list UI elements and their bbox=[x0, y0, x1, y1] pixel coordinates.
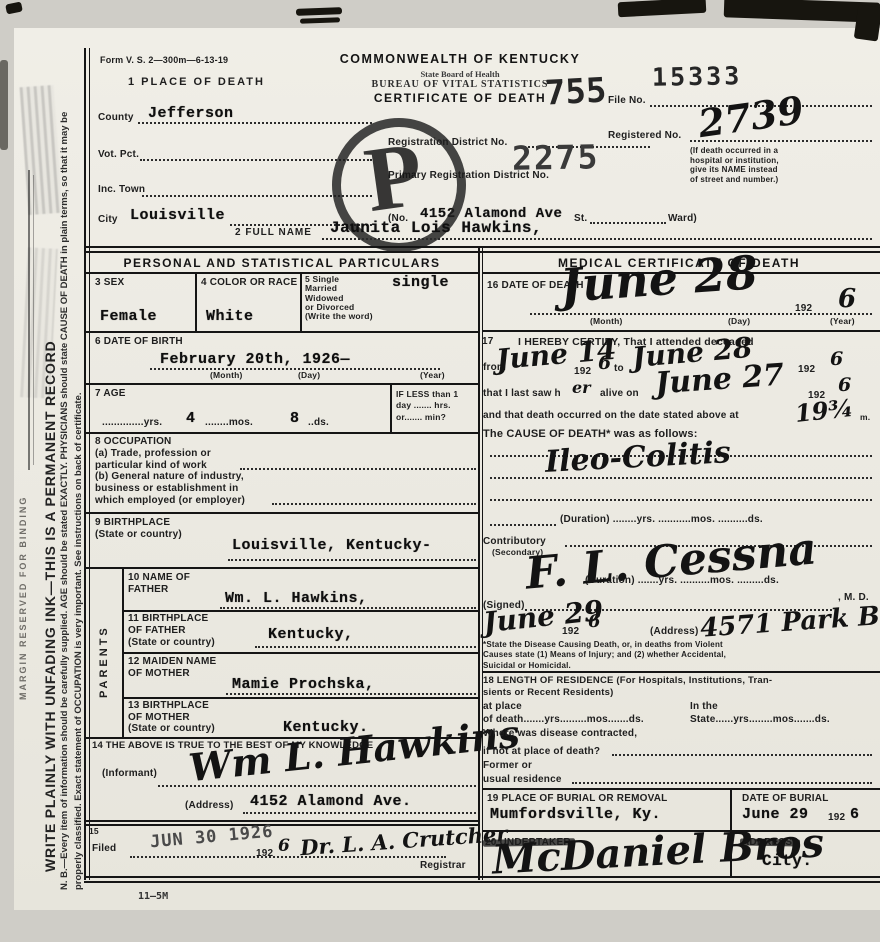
rule bbox=[483, 788, 880, 790]
duration-line: (Duration) ........yrs. ...........mos. … bbox=[560, 514, 763, 526]
father-birthplace-label: 11 BIRTHPLACE OF FATHER (State or countr… bbox=[128, 613, 215, 649]
scan-artifact bbox=[5, 1, 23, 14]
month-label: (Month) bbox=[210, 371, 243, 381]
inc-town-label: Inc. Town bbox=[98, 184, 145, 196]
rule bbox=[84, 383, 479, 385]
at-place-label: at place bbox=[483, 701, 522, 713]
bottom-rule bbox=[84, 881, 880, 883]
mother-birthplace-label: 13 BIRTHPLACE OF MOTHER (State or countr… bbox=[128, 700, 215, 735]
month-label: (Month) bbox=[590, 317, 623, 327]
dotted-leader bbox=[130, 856, 446, 858]
year-label: (Year) bbox=[830, 317, 855, 327]
certify-item-number: 17 bbox=[482, 336, 494, 348]
occupation-label: 8 OCCUPATION (a) Trade, profession or pa… bbox=[95, 436, 245, 507]
father-name-label: 10 NAME OF FATHER bbox=[128, 572, 190, 596]
margin-write-plainly-note: WRITE PLAINLY WITH UNFADING INK—THIS IS … bbox=[42, 341, 58, 872]
signed-address-label: (Address) bbox=[650, 626, 698, 638]
rule bbox=[84, 512, 479, 514]
dotted-leader bbox=[150, 368, 440, 370]
informant-address-label: (Address) bbox=[185, 800, 233, 812]
county-label: County bbox=[98, 112, 134, 124]
form-number: Form V. S. 2—300m—6-13-19 bbox=[100, 55, 228, 65]
registrar-label: Registrar bbox=[420, 860, 466, 872]
place-of-burial-value: Mumfordsville, Ky. bbox=[490, 806, 661, 823]
dotted-leader bbox=[158, 785, 476, 787]
m-label: m. bbox=[860, 413, 870, 423]
last-saw-label: that I last saw h bbox=[483, 388, 561, 400]
father-birthplace-value: Kentucky, bbox=[268, 626, 354, 643]
age-label: 7 AGE bbox=[95, 388, 126, 400]
form-border bbox=[84, 48, 86, 880]
rule bbox=[122, 697, 479, 699]
scan-artifact bbox=[300, 17, 340, 23]
age-ds-label: ..ds. bbox=[308, 417, 329, 429]
dotted-leader bbox=[255, 646, 476, 648]
mother-maiden-name-label: 12 MAIDEN NAME OF MOTHER bbox=[128, 656, 216, 680]
parents-label: PARENTS bbox=[98, 625, 111, 698]
dotted-leader bbox=[490, 499, 872, 501]
former-line: Former or bbox=[483, 760, 532, 772]
race-label: 4 COLOR OR RACE bbox=[201, 277, 297, 289]
dotted-leader bbox=[322, 238, 872, 240]
if-less-than-day-label: IF LESS than 1 day ....... hrs. or......… bbox=[396, 389, 458, 423]
cell-divider bbox=[195, 272, 197, 331]
to-label: to bbox=[614, 363, 624, 375]
dob-label: 6 DATE OF BIRTH bbox=[95, 336, 183, 348]
rule bbox=[483, 330, 880, 332]
to-year-hand: 6 bbox=[830, 348, 843, 370]
dotted-leader bbox=[228, 559, 476, 561]
rule bbox=[84, 432, 479, 434]
contributory-label: Contributory bbox=[483, 536, 546, 548]
from-year-hand: 6 bbox=[598, 352, 611, 374]
rule bbox=[122, 652, 479, 654]
death-occurred-time: 19¾ bbox=[794, 393, 855, 428]
place-of-death-label: 1 PLACE OF DEATH bbox=[128, 76, 265, 89]
county-value: Jefferson bbox=[148, 105, 234, 122]
dob-value: February 20th, 1926— bbox=[160, 351, 350, 368]
date-of-burial-label: DATE OF BURIAL bbox=[742, 793, 829, 805]
city-label: City bbox=[98, 214, 118, 226]
cell-divider bbox=[390, 383, 392, 432]
if-not-line: if not at place of death? bbox=[483, 746, 600, 758]
in-the-label: In the bbox=[690, 701, 718, 713]
place-of-burial-label: 19 PLACE OF BURIAL OR REMOVAL bbox=[487, 793, 667, 805]
column-divider bbox=[478, 246, 480, 880]
age-years-value: 4 bbox=[186, 410, 196, 427]
stamped-number-755: 755 bbox=[544, 70, 607, 113]
hospital-note: (If death occurred in a hospital or inst… bbox=[690, 146, 875, 184]
file-no-label: File No. bbox=[608, 95, 646, 107]
full-name-label: 2 FULL NAME bbox=[235, 227, 312, 239]
dotted-leader bbox=[272, 503, 476, 505]
st-label: St. bbox=[574, 213, 587, 225]
commonwealth-title: COMMONWEALTH OF KENTUCKY bbox=[320, 52, 600, 66]
usual-residence-line: usual residence bbox=[483, 774, 562, 786]
birthplace-value: Louisville, Kentucky- bbox=[232, 537, 432, 554]
filed-label: Filed bbox=[92, 843, 116, 855]
state-line: State......yrs........mos.......ds. bbox=[690, 714, 830, 726]
plate-number: 11—5M bbox=[138, 891, 168, 902]
dotted-leader bbox=[590, 222, 666, 224]
dotted-leader bbox=[612, 754, 872, 756]
age-months-value: 8 bbox=[290, 410, 300, 427]
left-section-title: PERSONAL AND STATISTICAL PARTICULARS bbox=[88, 256, 476, 270]
informant-label: (Informant) bbox=[102, 768, 157, 780]
dotted-leader bbox=[138, 122, 372, 124]
race-value: White bbox=[206, 308, 254, 325]
violent-causes-footnote: *State the Disease Causing Death, or, in… bbox=[483, 640, 726, 671]
length-of-residence-label: 18 LENGTH OF RESIDENCE (For Hospitals, I… bbox=[483, 675, 772, 699]
of-death-line: of death.......yrs.........mos.......ds. bbox=[483, 714, 644, 726]
vot-pct-label: Vot. Pct. bbox=[98, 149, 139, 161]
father-name-value: Wm. L. Hawkins, bbox=[225, 590, 368, 607]
dotted-leader bbox=[243, 812, 476, 814]
rule bbox=[84, 824, 479, 826]
scan-artifact bbox=[854, 4, 880, 41]
dod-year-hand: 6 bbox=[838, 284, 856, 314]
signed-year-prefix: 192 bbox=[562, 626, 579, 638]
burial-year-value: 6 bbox=[850, 806, 860, 823]
to-year-prefix: 192 bbox=[798, 364, 815, 376]
dotted-leader bbox=[530, 313, 872, 315]
undertaker-address-value: City. bbox=[762, 852, 813, 870]
informant-address-value: 4152 Alamond Ave. bbox=[250, 793, 412, 810]
dotted-leader bbox=[490, 524, 556, 526]
rule bbox=[84, 331, 479, 333]
p-stamp-letter: P bbox=[359, 120, 429, 233]
scan-artifact bbox=[0, 60, 8, 150]
rule bbox=[122, 610, 479, 612]
rule bbox=[84, 567, 479, 569]
ward-label: Ward) bbox=[668, 213, 697, 225]
marital-status-label: 5 Single Married Widowed or Divorced (Wr… bbox=[305, 275, 373, 322]
dotted-leader bbox=[240, 468, 476, 470]
rule bbox=[84, 820, 479, 822]
form-border bbox=[89, 48, 90, 880]
age-yrs-dots: ..............yrs. bbox=[102, 417, 162, 429]
dotted-leader bbox=[226, 693, 476, 695]
dotted-leader bbox=[490, 477, 872, 479]
margin-rule bbox=[28, 170, 30, 470]
city-value: Louisville bbox=[130, 207, 225, 224]
scan-artifact bbox=[296, 7, 342, 16]
rule bbox=[483, 671, 880, 673]
file-no-value: 15333 bbox=[652, 61, 743, 92]
margin-rule bbox=[33, 175, 34, 465]
day-label: (Day) bbox=[298, 371, 320, 381]
birthplace-label: 9 BIRTHPLACE (State or country) bbox=[95, 517, 182, 541]
bottom-rule bbox=[84, 876, 880, 878]
signed-year-hand: 6 bbox=[588, 611, 601, 632]
from-year-prefix: 192 bbox=[574, 366, 591, 378]
dotted-leader bbox=[572, 782, 872, 784]
sex-label: 3 SEX bbox=[95, 277, 124, 289]
margin-binding-note: MARGIN RESERVED FOR BINDING bbox=[18, 496, 28, 700]
registered-no-label: Registered No. bbox=[608, 130, 681, 142]
margin-nb-note: N. B.—Every item of information should b… bbox=[58, 90, 87, 890]
stamped-number-2275: 2275 bbox=[512, 137, 600, 178]
mother-maiden-name-value: Mamie Prochska, bbox=[232, 676, 375, 693]
full-name-value: Jaunita Lois Hawkins, bbox=[330, 219, 542, 237]
cell-divider bbox=[300, 272, 302, 331]
dotted-leader bbox=[220, 607, 476, 609]
filed-year-hand: 6 bbox=[278, 836, 290, 856]
day-label: (Day) bbox=[728, 317, 750, 327]
burial-year-prefix: 192 bbox=[828, 812, 845, 824]
where-contracted-line: Where was disease contracted, bbox=[483, 728, 637, 740]
last-saw-her: er bbox=[572, 378, 591, 397]
death-certificate-scan: { "margin": { "binding": "MARGIN RESERVE… bbox=[0, 0, 880, 942]
alive-on-label: alive on bbox=[600, 388, 639, 400]
age-mos-dots: ........mos. bbox=[205, 417, 253, 429]
scan-artifact bbox=[618, 0, 707, 17]
death-occurred-label: and that death occurred on the date stat… bbox=[483, 410, 739, 422]
sex-value: Female bbox=[100, 308, 157, 325]
marital-status-value: single bbox=[392, 274, 449, 291]
year-label: (Year) bbox=[420, 371, 445, 381]
filed-item-number: 15 bbox=[89, 827, 99, 837]
